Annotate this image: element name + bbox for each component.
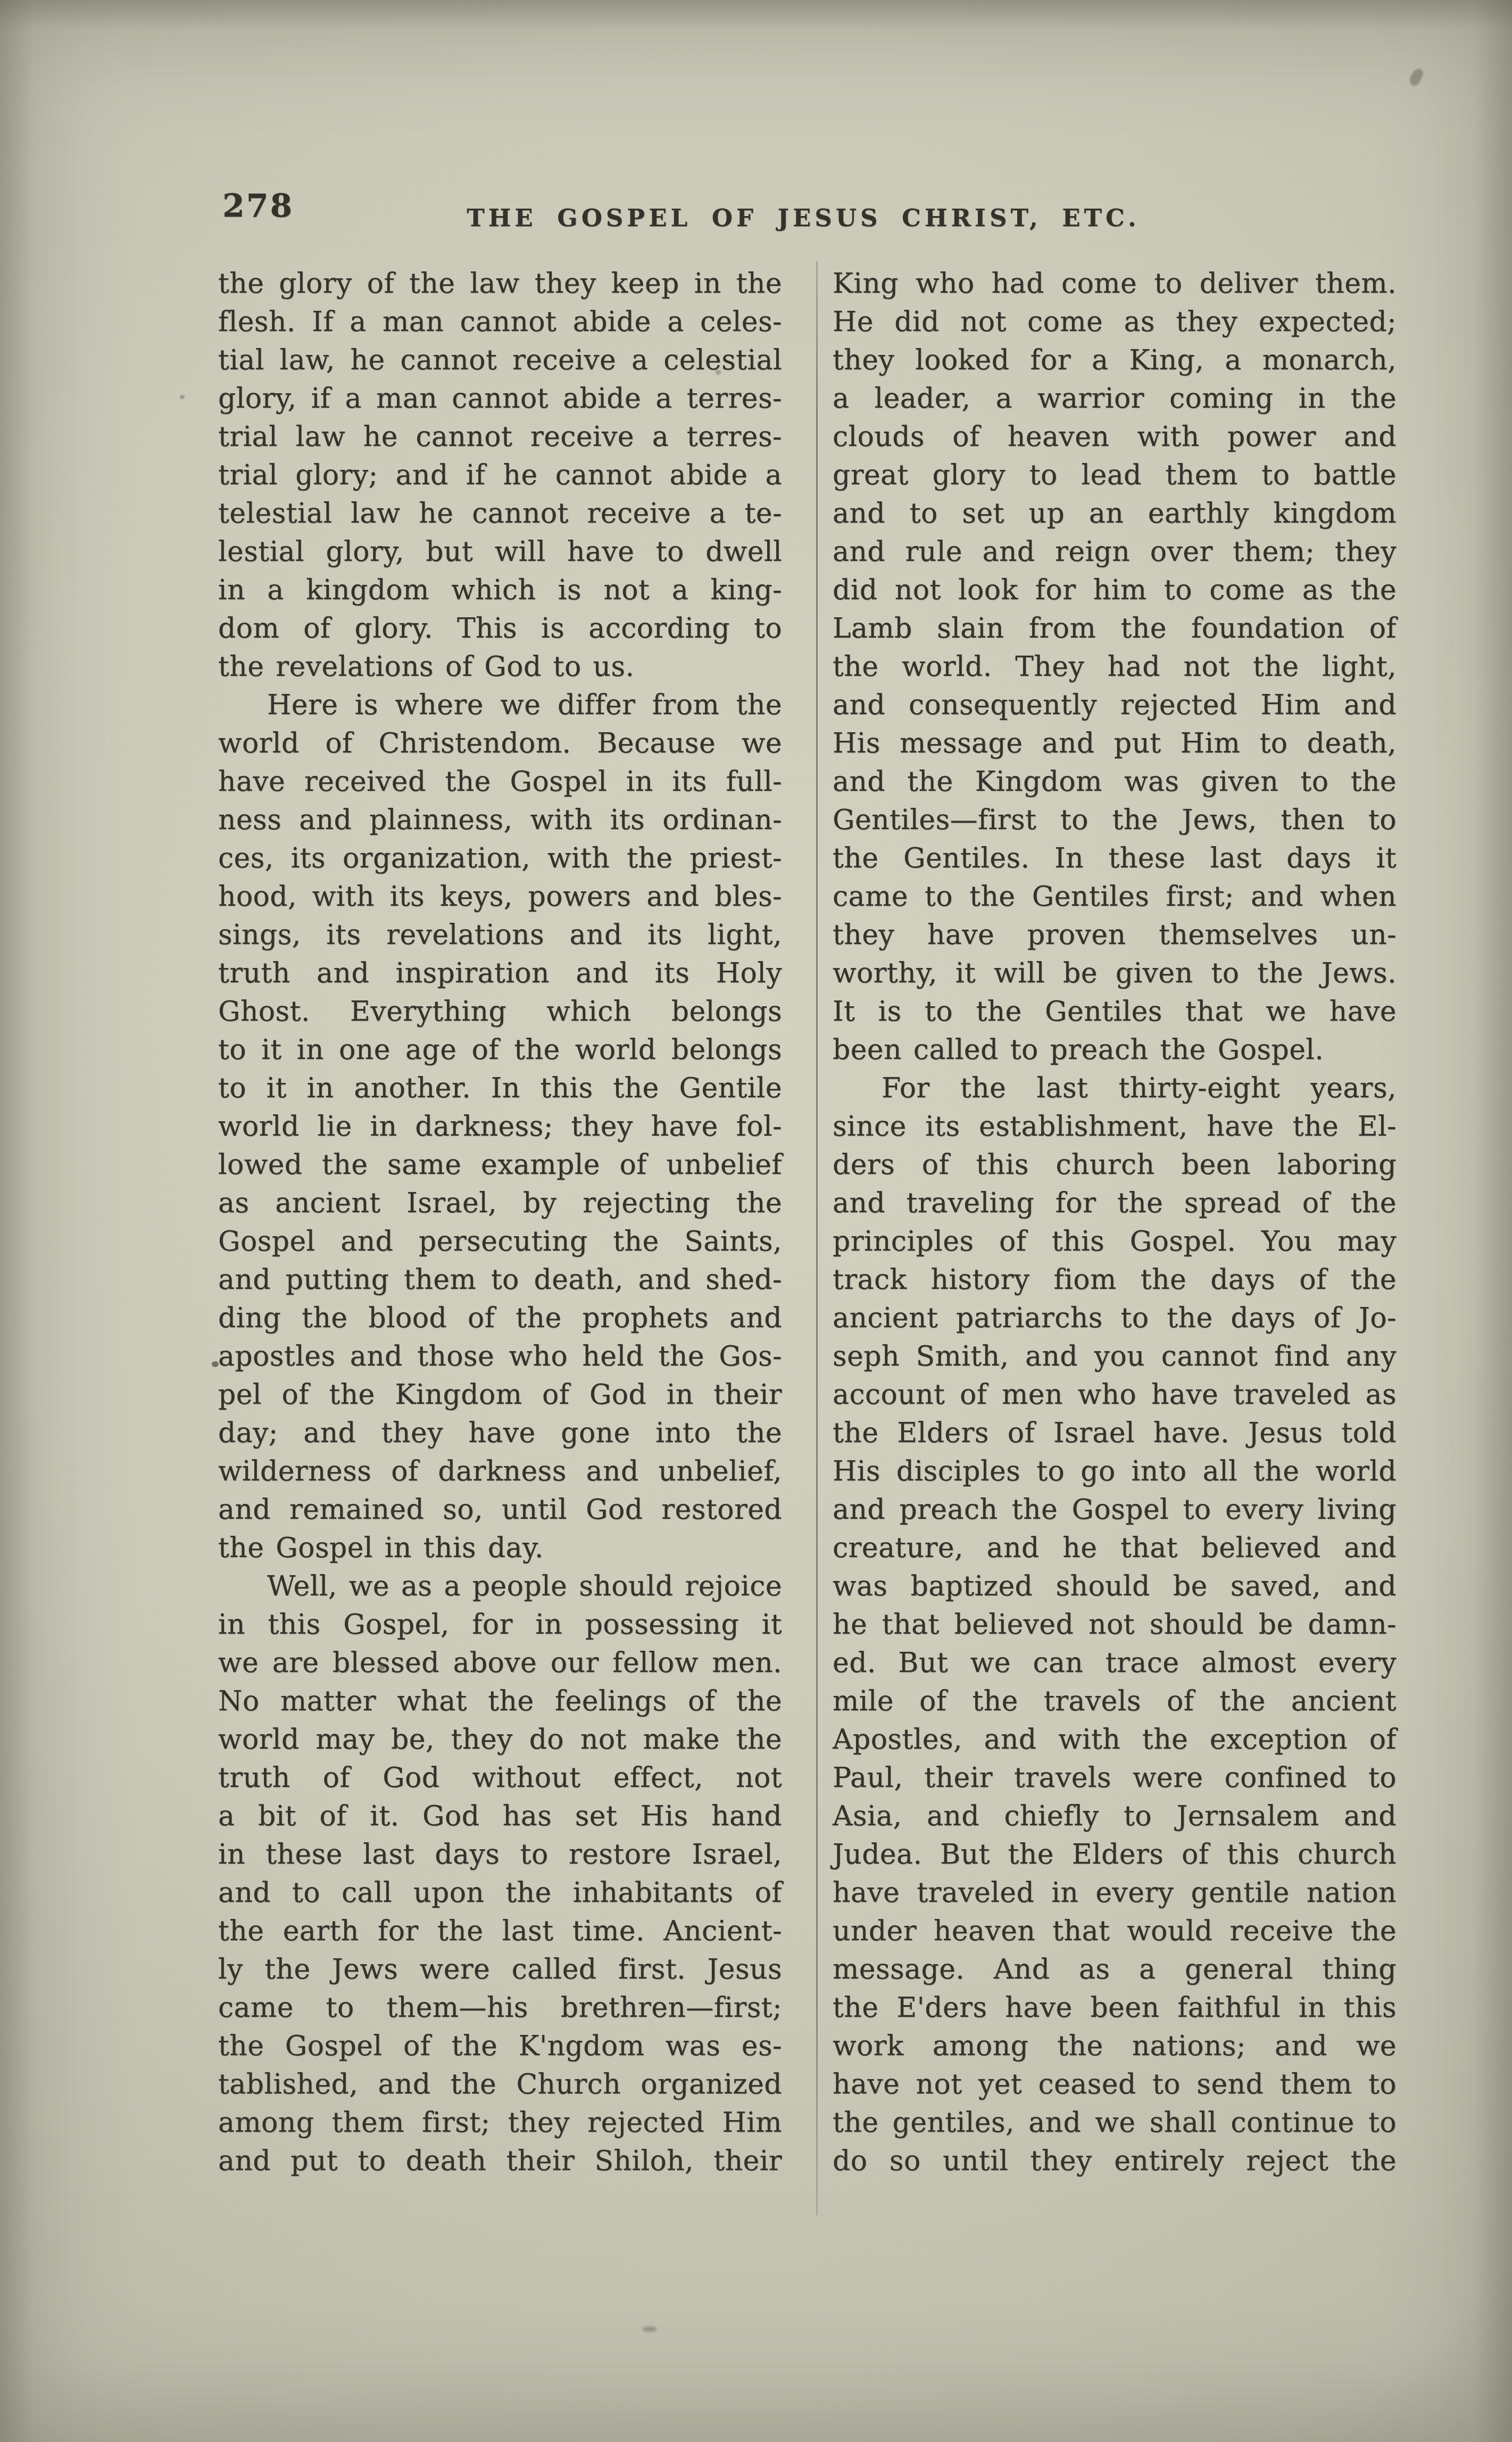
- text-line: the world. They had not the light,: [833, 648, 1397, 686]
- text-line: telestial law he cannot receive a te-: [218, 494, 782, 533]
- text-line: to it in one age of the world belongs: [218, 1031, 782, 1069]
- left-column: the glory of the law they keep in thefle…: [218, 264, 782, 2180]
- text-line: to it in another. In this the Gentile: [218, 1069, 782, 1107]
- text-line: we are blessed above our fellow men.: [218, 1644, 782, 1682]
- text-line: in this Gospel, for in possessing it: [218, 1605, 782, 1644]
- text-line: creature, and he that believed and: [833, 1529, 1397, 1567]
- text-line: apostles and those who held the Gos-: [218, 1337, 782, 1376]
- text-line: was baptized should be saved, and: [833, 1567, 1397, 1605]
- text-line: the Gentiles. In these last days it: [833, 839, 1397, 878]
- text-line: message. And as a general thing: [833, 1950, 1397, 1989]
- text-line: For the last thirty-eight years,: [833, 1069, 1397, 1107]
- text-line: flesh. If a man cannot abide a celes-: [218, 303, 782, 341]
- paper-speck: [1408, 67, 1425, 87]
- text-line: have traveled in every gentile nation: [833, 1874, 1397, 1912]
- text-line: a leader, a warrior coming in the: [833, 379, 1397, 418]
- text-line: in a kingdom which is not a king-: [218, 571, 782, 609]
- text-line: the earth for the last time. Ancient-: [218, 1912, 782, 1950]
- text-line: world of Christendom. Because we: [218, 724, 782, 763]
- text-line: Here is where we differ from the: [218, 686, 782, 724]
- text-line: the revelations of God to us.: [218, 648, 782, 686]
- text-line: glory, if a man cannot abide a terres-: [218, 379, 782, 418]
- text-line: Judea. But the Elders of this church: [833, 1835, 1397, 1874]
- text-line: and consequently rejected Him and: [833, 686, 1397, 724]
- text-line: work among the nations; and we: [833, 2027, 1397, 2065]
- paper-speck: [643, 2327, 657, 2332]
- text-line: It is to the Gentiles that we have: [833, 992, 1397, 1031]
- text-line: been called to preach the Gospel.: [833, 1031, 1397, 1069]
- text-line: ed. But we can trace almost every: [833, 1644, 1397, 1682]
- text-line: the gentiles, and we shall continue to: [833, 2104, 1397, 2142]
- text-line: have not yet ceased to send them to: [833, 2065, 1397, 2104]
- paper-speck: [180, 395, 185, 399]
- text-line: seph Smith, and you cannot find any: [833, 1337, 1397, 1376]
- text-line: wilderness of darkness and unbelief,: [218, 1452, 782, 1491]
- right-column: King who had come to deliver them.He did…: [833, 264, 1397, 2180]
- text-line: Lamb slain from the foundation of: [833, 609, 1397, 648]
- text-line: hood, with its keys, powers and bles-: [218, 878, 782, 916]
- text-line: and the Kingdom was given to the: [833, 763, 1397, 801]
- text-line: truth of God without effect, not: [218, 1759, 782, 1797]
- text-line: the Gospel of the K'ngdom was es-: [218, 2027, 782, 2065]
- text-line: Ghost. Everything which belongs: [218, 992, 782, 1031]
- text-line: Paul, their travels were confined to: [833, 1759, 1397, 1797]
- text-line: and rule and reign over them; they: [833, 533, 1397, 571]
- text-columns: the glory of the law they keep in thefle…: [218, 264, 1405, 2212]
- text-line: the glory of the law they keep in the: [218, 264, 782, 303]
- text-line: among them first; they rejected Him: [218, 2104, 782, 2142]
- text-line: track history fiom the days of the: [833, 1261, 1397, 1299]
- text-line: world may be, they do not make the: [218, 1720, 782, 1759]
- text-line: sings, its revelations and its light,: [218, 916, 782, 954]
- text-line: in these last days to restore Israel,: [218, 1835, 782, 1874]
- text-line: as ancient Israel, by rejecting the: [218, 1184, 782, 1222]
- text-line: he that believed not should be damn-: [833, 1605, 1397, 1644]
- text-line: Gospel and persecuting the Saints,: [218, 1222, 782, 1261]
- text-line: since its establishment, have the El-: [833, 1107, 1397, 1146]
- text-line: His disciples to go into all the world: [833, 1452, 1397, 1491]
- text-line: dom of glory. This is according to: [218, 609, 782, 648]
- text-line: came to them—his brethren—first;: [218, 1989, 782, 2027]
- text-line: tablished, and the Church organized: [218, 2065, 782, 2104]
- text-line: ly the Jews were called first. Jesus: [218, 1950, 782, 1989]
- text-line: the Elders of Israel have. Jesus told: [833, 1414, 1397, 1452]
- text-line: world lie in darkness; they have fol-: [218, 1107, 782, 1146]
- text-line: ces, its organization, with the priest-: [218, 839, 782, 878]
- text-line: account of men who have traveled as: [833, 1376, 1397, 1414]
- text-line: and putting them to death, and shed-: [218, 1261, 782, 1299]
- text-line: lestial glory, but will have to dwell: [218, 533, 782, 571]
- text-line: ness and plainness, with its ordinan-: [218, 801, 782, 839]
- text-line: pel of the Kingdom of God in their: [218, 1376, 782, 1414]
- text-line: Asia, and chiefly to Jernsalem and: [833, 1797, 1397, 1835]
- text-line: under heaven that would receive the: [833, 1912, 1397, 1950]
- text-line: ding the blood of the prophets and: [218, 1299, 782, 1337]
- text-line: His message and put Him to death,: [833, 724, 1397, 763]
- column-divider: [816, 261, 818, 2215]
- text-line: Well, we as a people should rejoice: [218, 1567, 782, 1605]
- text-line: a bit of it. God has set His hand: [218, 1797, 782, 1835]
- text-line: lowed the same example of unbelief: [218, 1146, 782, 1184]
- text-line: have received the Gospel in its full-: [218, 763, 782, 801]
- text-line: principles of this Gospel. You may: [833, 1222, 1397, 1261]
- text-line: and to call upon the inhabitants of: [218, 1874, 782, 1912]
- text-line: and to set up an earthly kingdom: [833, 494, 1397, 533]
- text-line: day; and they have gone into the: [218, 1414, 782, 1452]
- text-line: He did not come as they expected;: [833, 303, 1397, 341]
- text-line: mile of the travels of the ancient: [833, 1682, 1397, 1720]
- running-header: THE GOSPEL OF JESUS CHRIST, ETC.: [218, 204, 1389, 232]
- text-line: great glory to lead them to battle: [833, 456, 1397, 494]
- text-line: ders of this church been laboring: [833, 1146, 1397, 1184]
- text-line: tial law, he cannot receive a celestial: [218, 341, 782, 379]
- book-page: 278 THE GOSPEL OF JESUS CHRIST, ETC. the…: [0, 0, 1512, 2442]
- text-line: trial glory; and if he cannot abide a: [218, 456, 782, 494]
- text-line: worthy, it will be given to the Jews.: [833, 954, 1397, 992]
- text-line: and put to death their Shiloh, their: [218, 2142, 782, 2180]
- text-line: and preach the Gospel to every living: [833, 1491, 1397, 1529]
- text-line: truth and inspiration and its Holy: [218, 954, 782, 992]
- text-line: came to the Gentiles first; and when: [833, 878, 1397, 916]
- text-line: No matter what the feelings of the: [218, 1682, 782, 1720]
- text-line: ancient patriarchs to the days of Jo-: [833, 1299, 1397, 1337]
- text-line: Gentiles—first to the Jews, then to: [833, 801, 1397, 839]
- text-line: did not look for him to come as the: [833, 571, 1397, 609]
- text-line: and traveling for the spread of the: [833, 1184, 1397, 1222]
- text-line: and remained so, until God restored: [218, 1491, 782, 1529]
- text-line: they have proven themselves un-: [833, 916, 1397, 954]
- text-line: Apostles, and with the exception of: [833, 1720, 1397, 1759]
- text-line: the E'ders have been faithful in this: [833, 1989, 1397, 2027]
- text-line: clouds of heaven with power and: [833, 418, 1397, 456]
- text-line: they looked for a King, a monarch,: [833, 341, 1397, 379]
- text-line: do so until they entirely reject the: [833, 2142, 1397, 2180]
- text-line: King who had come to deliver them.: [833, 264, 1397, 303]
- text-line: the Gospel in this day.: [218, 1529, 782, 1567]
- text-line: trial law he cannot receive a terres-: [218, 418, 782, 456]
